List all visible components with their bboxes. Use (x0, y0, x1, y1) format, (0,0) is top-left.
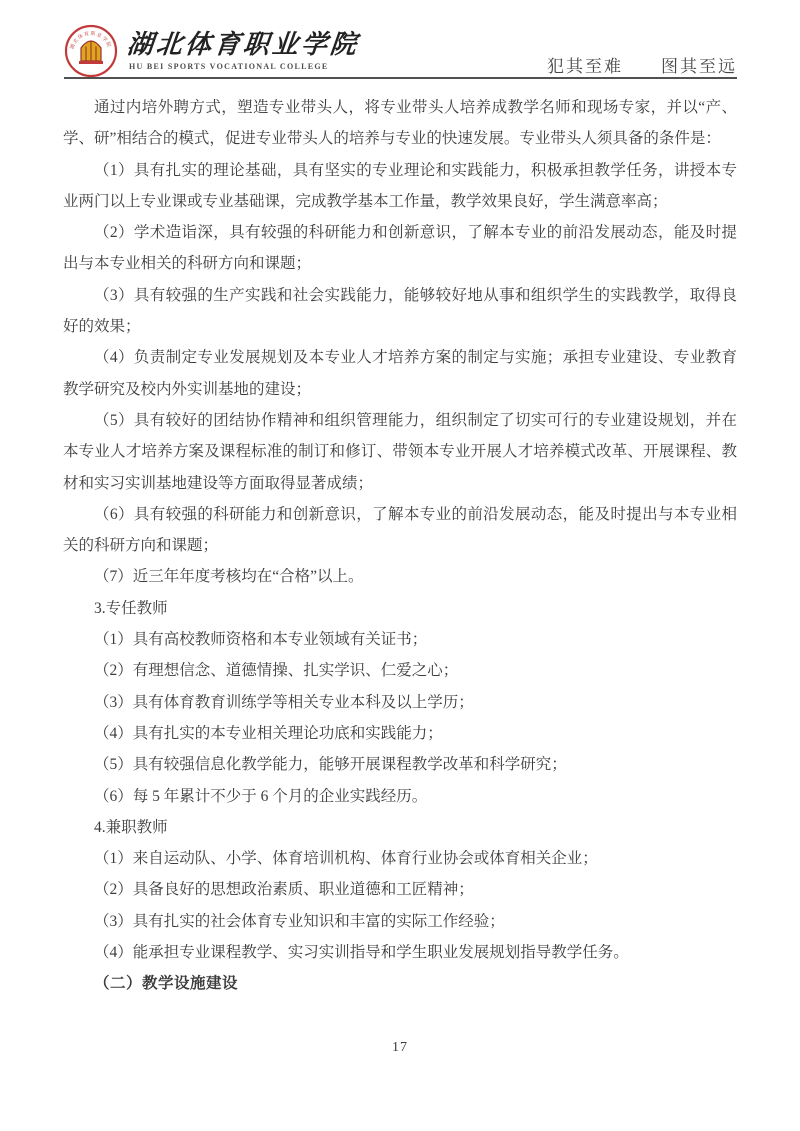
college-motto: 犯其至难 图其至远 (547, 52, 737, 78)
college-brand: 湖北体育职业学院 湖北体育职业学院 HU BEI SPORTS VOCATION… (64, 24, 359, 78)
leader-requirement-7: （7）近三年年度考核均在“合格”以上。 (63, 561, 737, 592)
parttime-requirement-2: （2）具备良好的思想政治素质、职业道德和工匠精神； (63, 874, 737, 905)
leader-requirement-2: （2）学术造诣深，具有较强的科研能力和创新意识，了解本专业的前沿发展动态，能及时… (63, 217, 737, 280)
parttime-requirement-3: （3）具有扎实的社会体育专业知识和丰富的实际工作经验； (63, 906, 737, 937)
parttime-requirement-4: （4）能承担专业课程教学、实习实训指导和学生职业发展规划指导教学任务。 (63, 937, 737, 968)
parttime-requirement-1: （1）来自运动队、小学、体育培训机构、体育行业协会或体育相关企业； (63, 843, 737, 874)
page-header: 湖北体育职业学院 湖北体育职业学院 HU BEI SPORTS VOCATION… (64, 22, 737, 78)
fulltime-requirement-2: （2）有理想信念、道德情操、扎实学识、仁爱之心； (63, 655, 737, 686)
fulltime-requirement-6: （6）每 5 年累计不少于 6 个月的企业实践经历。 (63, 781, 737, 812)
college-name-block: 湖北体育职业学院 HU BEI SPORTS VOCATIONAL COLLEG… (127, 31, 359, 71)
leader-requirement-1: （1）具有扎实的理论基础，具有坚实的专业理论和实践能力，积极承担教学任务，讲授本… (63, 155, 737, 218)
subsection-title-parttime-teachers: 4.兼职教师 (63, 812, 737, 843)
leader-requirement-3: （3）具有较强的生产实践和社会实践能力，能够较好地从事和组织学生的实践教学，取得… (63, 280, 737, 343)
college-logo-icon: 湖北体育职业学院 (64, 24, 118, 78)
subsection-title-fulltime-teachers: 3.专任教师 (63, 593, 737, 624)
leader-requirement-6: （6）具有较强的科研能力和创新意识，了解本专业的前沿发展动态，能及时提出与本专业… (63, 499, 737, 562)
intro-paragraph: 通过内培外聘方式，塑造专业带头人，将专业带头人培养成教学名师和现场专家，并以“产… (63, 92, 737, 155)
leader-requirement-5: （5）具有较好的团结协作精神和组织管理能力，组织制定了切实可行的专业建设规划，并… (63, 405, 737, 499)
fulltime-requirement-3: （3）具有体育教育训练学等相关专业本科及以上学历； (63, 687, 737, 718)
fulltime-requirement-5: （5）具有较强信息化教学能力，能够开展课程教学改革和科学研究； (63, 749, 737, 780)
header-divider (64, 77, 737, 79)
page-footer: 17 (0, 1038, 800, 1056)
page-number: 17 (392, 1040, 408, 1055)
fulltime-requirement-1: （1）具有高校教师资格和本专业领域有关证书； (63, 624, 737, 655)
document-body: 通过内培外聘方式，塑造专业带头人，将专业带头人培养成教学名师和现场专家，并以“产… (63, 92, 737, 1000)
leader-requirement-4: （4）负责制定专业发展规划及本专业人才培养方案的制定与实施；承担专业建设、专业教… (63, 342, 737, 405)
college-name-english: HU BEI SPORTS VOCATIONAL COLLEGE (129, 62, 359, 71)
fulltime-requirement-4: （4）具有扎实的本专业相关理论功底和实践能力； (63, 718, 737, 749)
college-name-chinese: 湖北体育职业学院 (125, 31, 360, 60)
section-heading-teaching-facilities: （二）教学设施建设 (63, 968, 737, 999)
document-page: 湖北体育职业学院 湖北体育职业学院 HU BEI SPORTS VOCATION… (0, 0, 800, 1131)
